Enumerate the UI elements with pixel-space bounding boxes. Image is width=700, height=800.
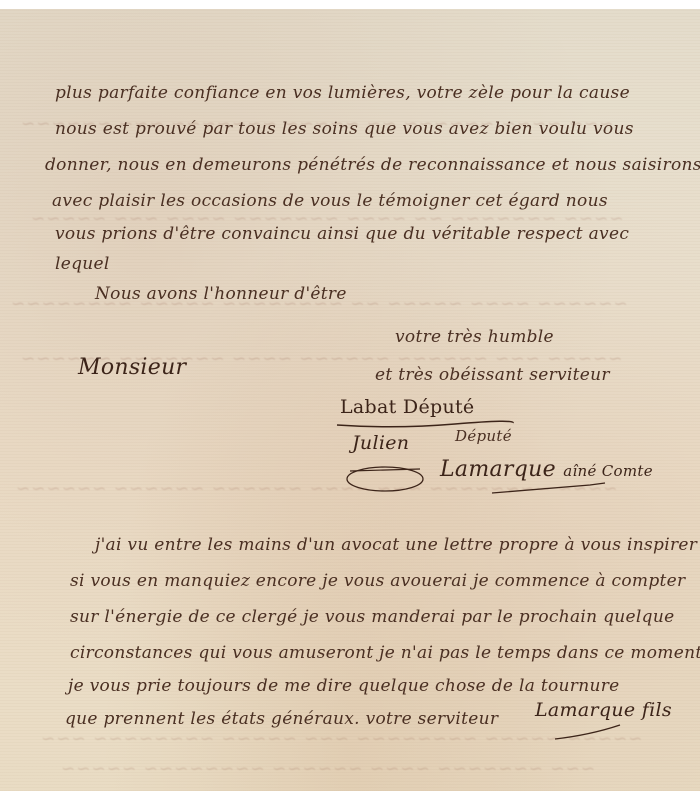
- body-line: vous prions d'être convaincu ainsi que d…: [55, 224, 629, 244]
- signature-title: aîné Comte: [563, 462, 653, 480]
- postscript-line: que prennent les états généraux. votre s…: [65, 709, 498, 729]
- bleed-through-text: ~~~ ~~~~~~~ ~~~~ ~~~~~~ ~~~~~~~~ ~~~~~: [60, 759, 595, 779]
- postscript-signature: Lamarque fils: [535, 699, 672, 721]
- postscript-line: j'ai vu entre les mains d'un avocat une …: [95, 535, 697, 555]
- signature-title: Député: [455, 427, 512, 445]
- valediction-line: et très obéissant serviteur: [375, 365, 610, 385]
- postscript-line: je vous prie toujours de me dire quelque…: [68, 676, 620, 696]
- body-line: plus parfaite confiance en vos lumières,…: [55, 83, 630, 103]
- letter-paper: ~~~ ~~~~ ~~~~~~ ~~ ~~~~~ ~~~~~~~ ~~~ ~~~…: [0, 9, 700, 791]
- signature-underline: [490, 479, 610, 499]
- signature-paraph: [340, 449, 440, 499]
- postscript-line: sur l'énergie de ce clergé je vous mande…: [70, 607, 674, 627]
- signature-labat: Labat Député: [340, 396, 474, 418]
- body-line: donner, nous en demeurons pénétrés de re…: [45, 155, 700, 175]
- postscript-line: si vous en manquiez encore je vous avoue…: [70, 571, 685, 591]
- valediction-line: votre très humble: [395, 327, 554, 347]
- closing-line: Nous avons l'honneur d'être: [95, 284, 347, 304]
- body-line: avec plaisir les occasions de vous le té…: [52, 191, 608, 211]
- body-line: nous est prouvé par tous les soins que v…: [55, 119, 634, 139]
- signature-title: Député: [403, 396, 475, 418]
- signature-underline: [550, 721, 630, 746]
- salutation: Monsieur: [78, 355, 186, 380]
- postscript-line: circonstances qui vous amuseront je n'ai…: [70, 643, 700, 663]
- signature-name: Labat: [340, 396, 397, 418]
- body-line: lequel: [55, 254, 110, 274]
